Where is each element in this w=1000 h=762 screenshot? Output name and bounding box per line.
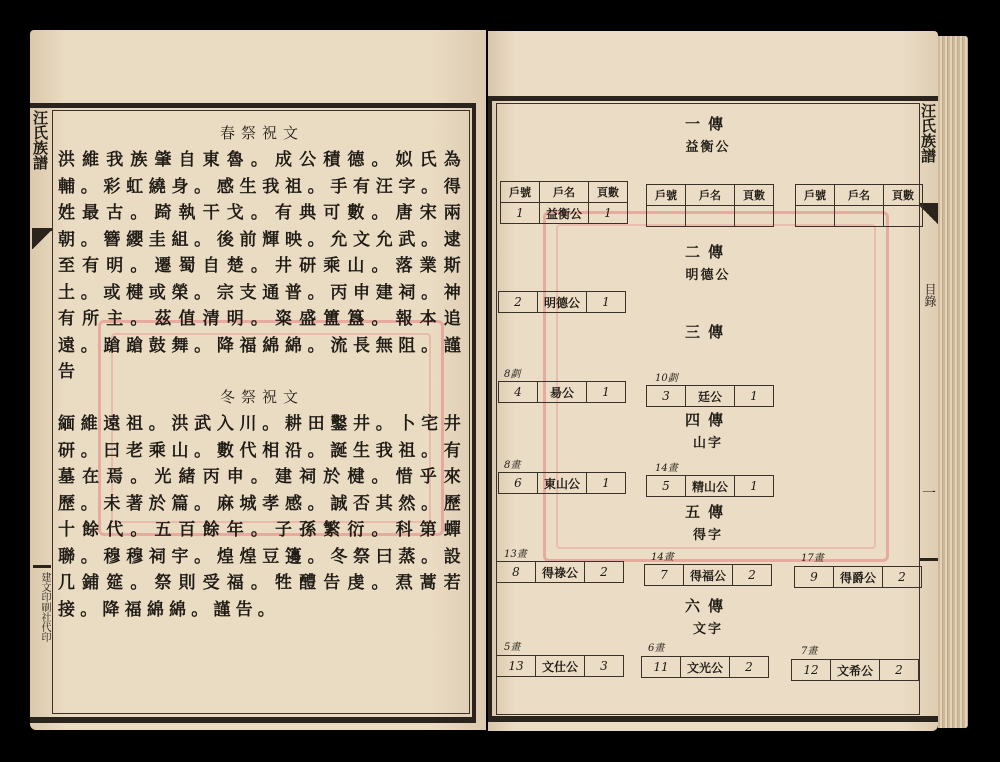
household-table: 9得爵公2 [794, 566, 922, 588]
page-number: 一 [922, 483, 936, 503]
spring-prayer-text: 洪維我族肇自東魯。成公積德。姒氏為輔。彩虹繞身。感生我祖。手有汪字。得姓最古。踦… [58, 147, 466, 386]
household-table: 戶號戶名頁數 1益衡公1 [500, 181, 628, 224]
fishtail-mark-icon [32, 228, 52, 249]
table-row: 2明德公1 [499, 292, 626, 313]
printer-credit: 建文印刷社代印 [33, 565, 51, 642]
household-table: 3廷公1 [646, 385, 774, 407]
household-table: 6東山公1 [498, 472, 626, 494]
generation-1-heading: 一傳 益衡公 [648, 113, 768, 155]
household-table: 13文仕公3 [496, 655, 624, 677]
table-row: 8得祿公2 [497, 562, 624, 583]
table-row: 13文仕公3 [497, 656, 624, 677]
household-table-empty: 戶號戶名頁數 [646, 184, 774, 227]
table-row: 12文希公2 [792, 660, 919, 681]
generation-6-heading: 六傳 文字 [648, 595, 768, 637]
book-title-margin: 汪氏族譜 [32, 110, 50, 170]
table-row: 9得爵公2 [795, 567, 922, 588]
household-table: 2明德公1 [498, 291, 626, 313]
generation-2-heading: 二傳 明德公 [648, 241, 768, 283]
generation-3-heading: 三傳 [648, 321, 768, 342]
spring-prayer-title: 春祭祝文 [58, 122, 466, 143]
table-row: 3廷公1 [647, 386, 774, 407]
left-page: 汪氏族譜 建文印刷社代印 春祭祝文 洪維我族肇自東魯。成公積德。姒氏為輔。彩虹繞… [30, 30, 486, 730]
household-table: 4昜公1 [498, 381, 626, 403]
table-row: 5精山公1 [647, 476, 774, 497]
winter-prayer-title: 冬祭祝文 [58, 386, 466, 407]
household-table: 12文希公2 [791, 659, 919, 681]
table-row: 1益衡公1 [501, 203, 628, 224]
book-title-margin-right: 汪氏族譜 [920, 103, 938, 163]
spring-prayer-section: 春祭祝文 洪維我族肇自東魯。成公積德。姒氏為輔。彩虹繞身。感生我祖。手有汪字。得… [58, 122, 466, 386]
table-row: 4昜公1 [499, 382, 626, 403]
generation-4-heading: 四傳 山字 [648, 409, 768, 451]
household-table: 8得祿公2 [496, 561, 624, 583]
household-table: 11文光公2 [641, 656, 769, 678]
right-page: 汪氏族譜 目錄 一 一傳 益衡公 戶號戶名頁數 1益衡公1 戶號戶名頁數 戶號戶… [488, 31, 938, 731]
household-table: 7得福公2 [644, 564, 772, 586]
household-table: 5精山公1 [646, 475, 774, 497]
generation-5-heading: 五傳 得字 [648, 501, 768, 543]
table-row: 11文光公2 [642, 657, 769, 678]
household-table-empty: 戶號戶名頁數 [795, 184, 923, 227]
section-label: 目錄 [922, 283, 939, 307]
table-row: 6東山公1 [499, 473, 626, 494]
table-row: 7得福公2 [645, 565, 772, 586]
winter-prayer-section: 冬祭祝文 緬維遠祖。洪武入川。耕田鑿井。卜宅井研。曰老乘山。數代相沿。誕生我祖。… [58, 386, 466, 623]
book-page-edges [938, 36, 968, 728]
winter-prayer-text: 緬維遠祖。洪武入川。耕田鑿井。卜宅井研。曰老乘山。數代相沿。誕生我祖。有墓在焉。… [58, 411, 466, 623]
left-page-margin: 汪氏族譜 建文印刷社代印 [32, 110, 50, 714]
